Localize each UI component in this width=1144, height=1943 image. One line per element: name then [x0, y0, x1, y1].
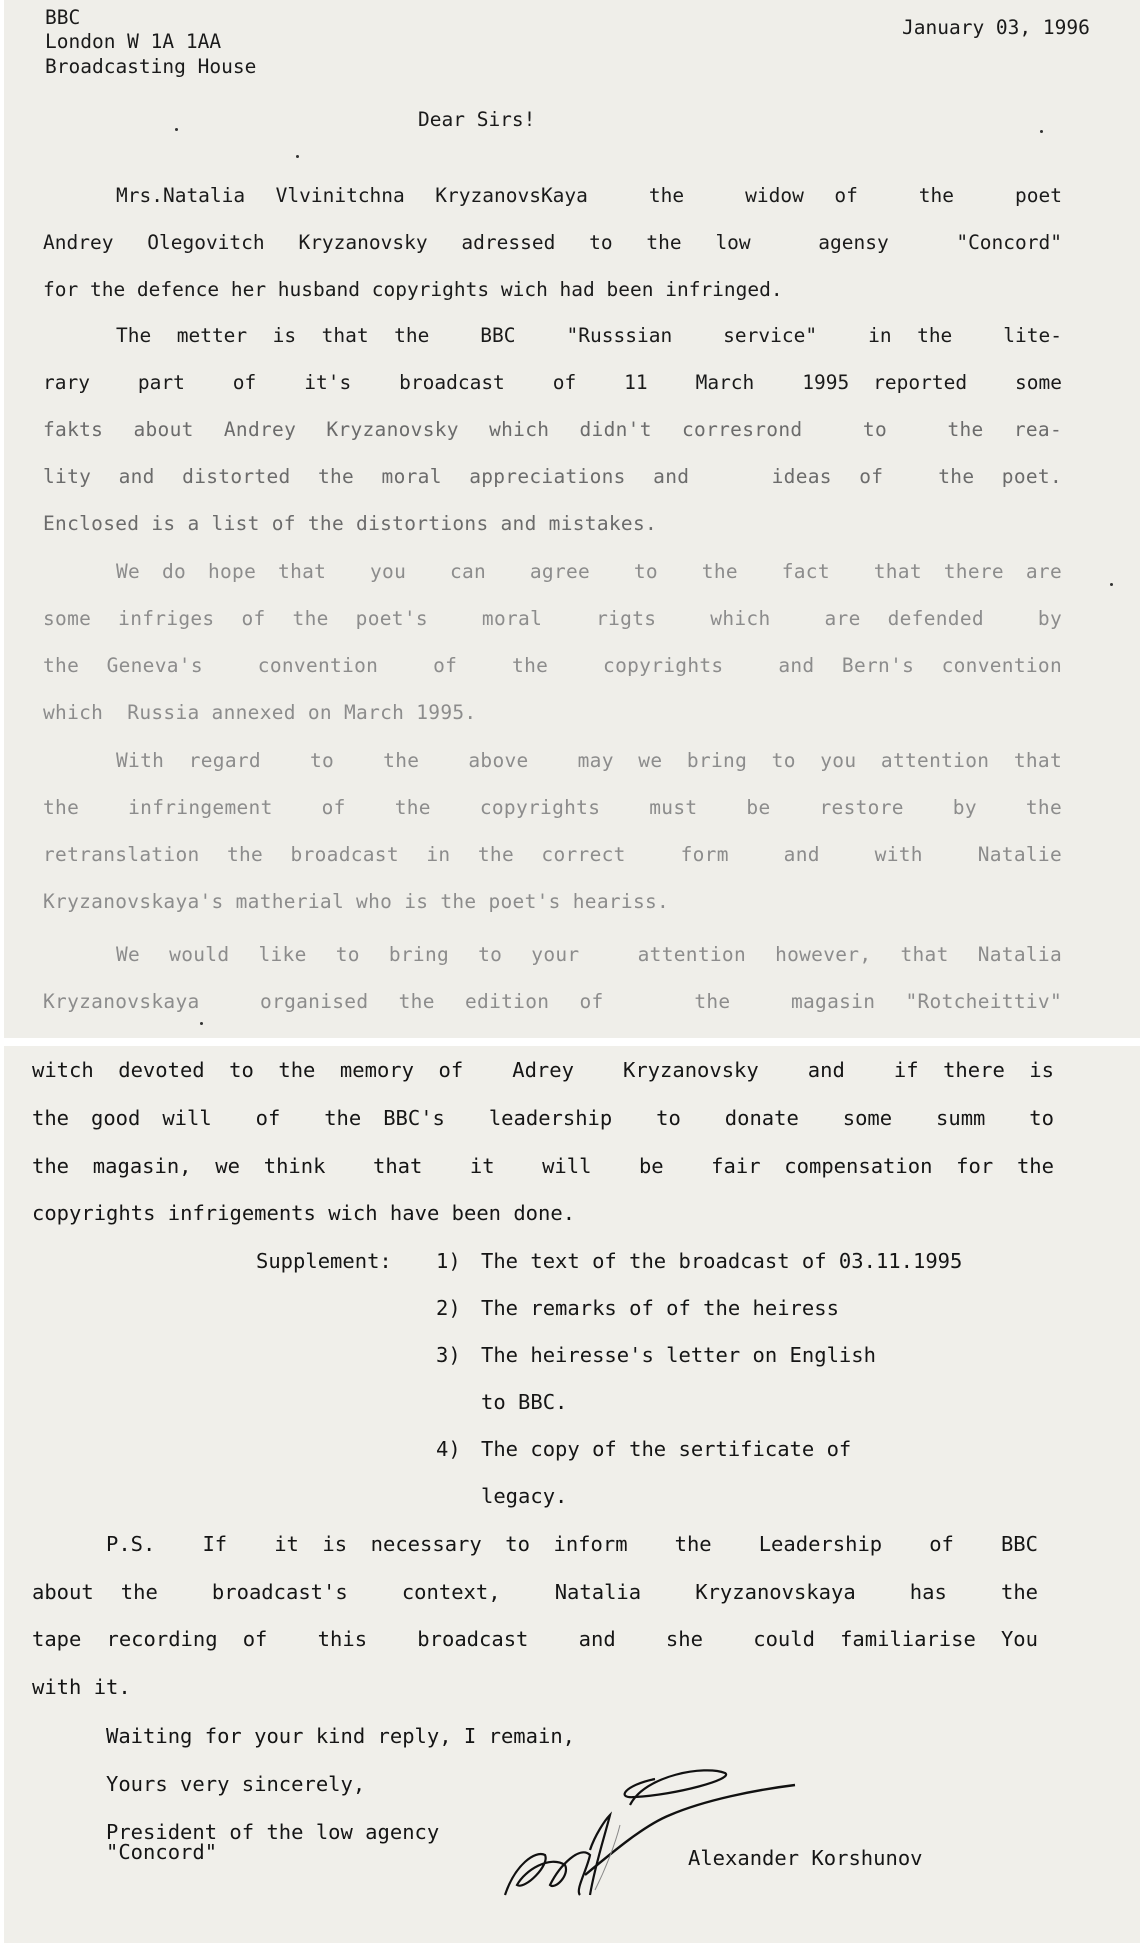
supplement-item-3-num: 3) — [436, 1343, 461, 1367]
letter-date: January 03, 1996 — [902, 16, 1090, 40]
supplement-item-3-text: The heiresse's letter on English — [481, 1343, 876, 1367]
recipient-line-2: London W 1A 1AA — [45, 30, 221, 54]
supplement-item-4-text: The copy of the sertificate of — [481, 1437, 851, 1461]
paragraph-1-line-2: Andrey Olegovitch Kryzanovsky adressed t… — [43, 231, 1062, 255]
paragraph-5-line-2: Kryzanovskaya organised the edition of t… — [43, 990, 1062, 1014]
paragraph-4-line-4: Kryzanovskaya's matherial who is the poe… — [43, 890, 669, 914]
recipient-line-3: Broadcasting House — [45, 55, 256, 79]
supplement-item-4-num: 4) — [436, 1437, 461, 1461]
supplement-item-1-num: 1) — [436, 1249, 461, 1273]
scan-speck — [200, 1022, 203, 1025]
paragraph-2-line-3: fakts about Andrey Kryzanovsky which did… — [43, 418, 1062, 442]
paragraph-5-line-6: copyrights infrigements wich have been d… — [32, 1201, 575, 1225]
postscript-line-1: P.S. If it is necessary to inform the Le… — [106, 1532, 1038, 1556]
paragraph-4-line-1: With regard to the above may we bring to… — [116, 749, 1062, 773]
postscript-line-3: tape recording of this broadcast and she… — [32, 1627, 1038, 1651]
paragraph-3-line-3: the Geneva's convention of the copyright… — [43, 654, 1062, 678]
supplement-item-4-cont: legacy. — [481, 1484, 567, 1508]
closing-line-1: Waiting for your kind reply, I remain, — [106, 1724, 575, 1748]
paragraph-1-line-1: Mrs.Natalia Vlvinitchna KryzanovsKaya th… — [116, 184, 1062, 208]
signer-title-line-2: "Concord" — [106, 1840, 217, 1864]
paragraph-5-line-4: the good will of the BBC's leadership to… — [32, 1106, 1054, 1130]
scan-speck — [1040, 130, 1043, 133]
paragraph-5-line-3: witch devoted to the memory of Adrey Kry… — [32, 1058, 1054, 1082]
paragraph-5-line-1: We would like to bring to your attention… — [116, 943, 1062, 967]
paragraph-1-line-3: for the defence her husband copyrights w… — [43, 278, 783, 302]
scan-speck — [175, 128, 178, 131]
salutation: Dear Sirs! — [418, 108, 535, 132]
paragraph-2-line-1: The metter is that the BBC "Russsian ser… — [116, 324, 1062, 348]
supplement-item-1-text: The text of the broadcast of 03.11.1995 — [481, 1249, 962, 1273]
paragraph-5-line-5: the magasin, we think that it will be fa… — [32, 1154, 1054, 1178]
scan-speck — [296, 155, 299, 158]
paragraph-2-line-4: lity and distorted the moral appreciatio… — [43, 465, 1062, 489]
closing-line-2: Yours very sincerely, — [106, 1772, 365, 1796]
postscript-line-2: about the broadcast's context, Natalia K… — [32, 1580, 1038, 1604]
recipient-line-1: BBC — [45, 6, 80, 30]
supplement-item-2-text: The remarks of of the heiress — [481, 1296, 839, 1320]
paragraph-2-line-2: rary part of it's broadcast of 11 March … — [43, 371, 1062, 395]
paragraph-4-line-3: retranslation the broadcast in the corre… — [43, 843, 1062, 867]
supplement-item-2-num: 2) — [436, 1296, 461, 1320]
supplement-item-3-cont: to BBC. — [481, 1390, 567, 1414]
postscript-line-4: with it. — [32, 1675, 131, 1699]
paragraph-3-line-1: We do hope that you can agree to the fac… — [116, 560, 1062, 584]
paragraph-3-line-4: which Russia annexed on March 1995. — [43, 701, 476, 725]
supplement-label: Supplement: — [256, 1249, 392, 1273]
paragraph-2-line-5: Enclosed is a list of the distortions an… — [43, 512, 657, 536]
scan-speck — [1110, 583, 1113, 586]
handwritten-signature — [495, 1755, 855, 1905]
paragraph-4-line-2: the infringement of the copyrights must … — [43, 796, 1062, 820]
paragraph-3-line-2: some infriges of the poet's moral rigts … — [43, 607, 1062, 631]
